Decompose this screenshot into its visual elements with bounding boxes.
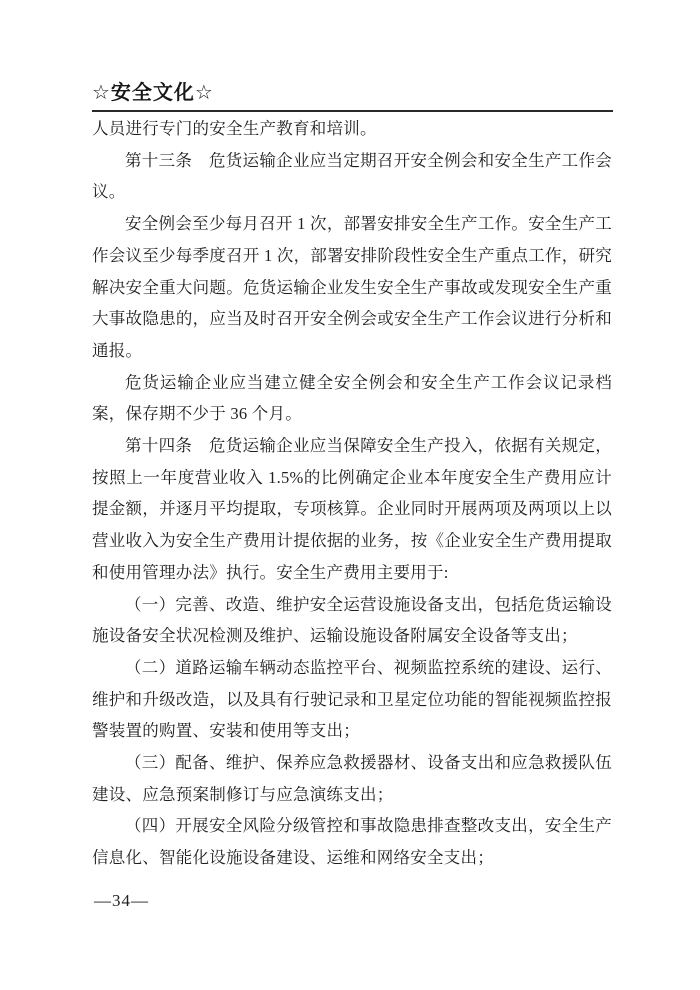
document-body: 人员进行专门的安全生产教育和培训。 第十三条 危货运输企业应当定期召开安全例会和… bbox=[92, 113, 612, 874]
paragraph-item-3: （三）配备、维护、保养应急救援器材、设备支出和应急救援队伍建设、应急预案制修订与… bbox=[92, 747, 612, 810]
paragraph-item-1: （一）完善、改造、维护安全运营设施设备支出，包括危货运输设施设备安全状况检测及维… bbox=[92, 589, 612, 652]
paragraph-article-14: 第十四条 危货运输企业应当保障安全生产投入，依据有关规定，按照上一年度营业收入 … bbox=[92, 430, 612, 589]
header-rule-divider bbox=[92, 110, 613, 112]
paragraph-safety-meetings: 安全例会至少每月召开 1 次，部署安排安全生产工作。安全生产工作会议至少每季度召… bbox=[92, 208, 612, 367]
paragraph-item-4: （四）开展安全风险分级管控和事故隐患排查整改支出，安全生产信息化、智能化设施设备… bbox=[92, 810, 612, 873]
paragraph-continuation: 人员进行专门的安全生产教育和培训。 bbox=[92, 113, 612, 145]
page-header: ☆安全文化☆ bbox=[92, 76, 613, 105]
document-page: ☆安全文化☆ 人员进行专门的安全生产教育和培训。 第十三条 危货运输企业应当定期… bbox=[0, 0, 700, 990]
page-number: —34— bbox=[94, 891, 149, 911]
paragraph-meeting-records: 危货运输企业应当建立健全安全例会和安全生产工作会议记录档案，保存期不少于 36 … bbox=[92, 367, 612, 430]
paragraph-article-13: 第十三条 危货运输企业应当定期召开安全例会和安全生产工作会议。 bbox=[92, 145, 612, 208]
paragraph-item-2: （二）道路运输车辆动态监控平台、视频监控系统的建设、运行、维护和升级改造，以及具… bbox=[92, 652, 612, 747]
page-header-title: ☆安全文化☆ bbox=[92, 80, 214, 104]
